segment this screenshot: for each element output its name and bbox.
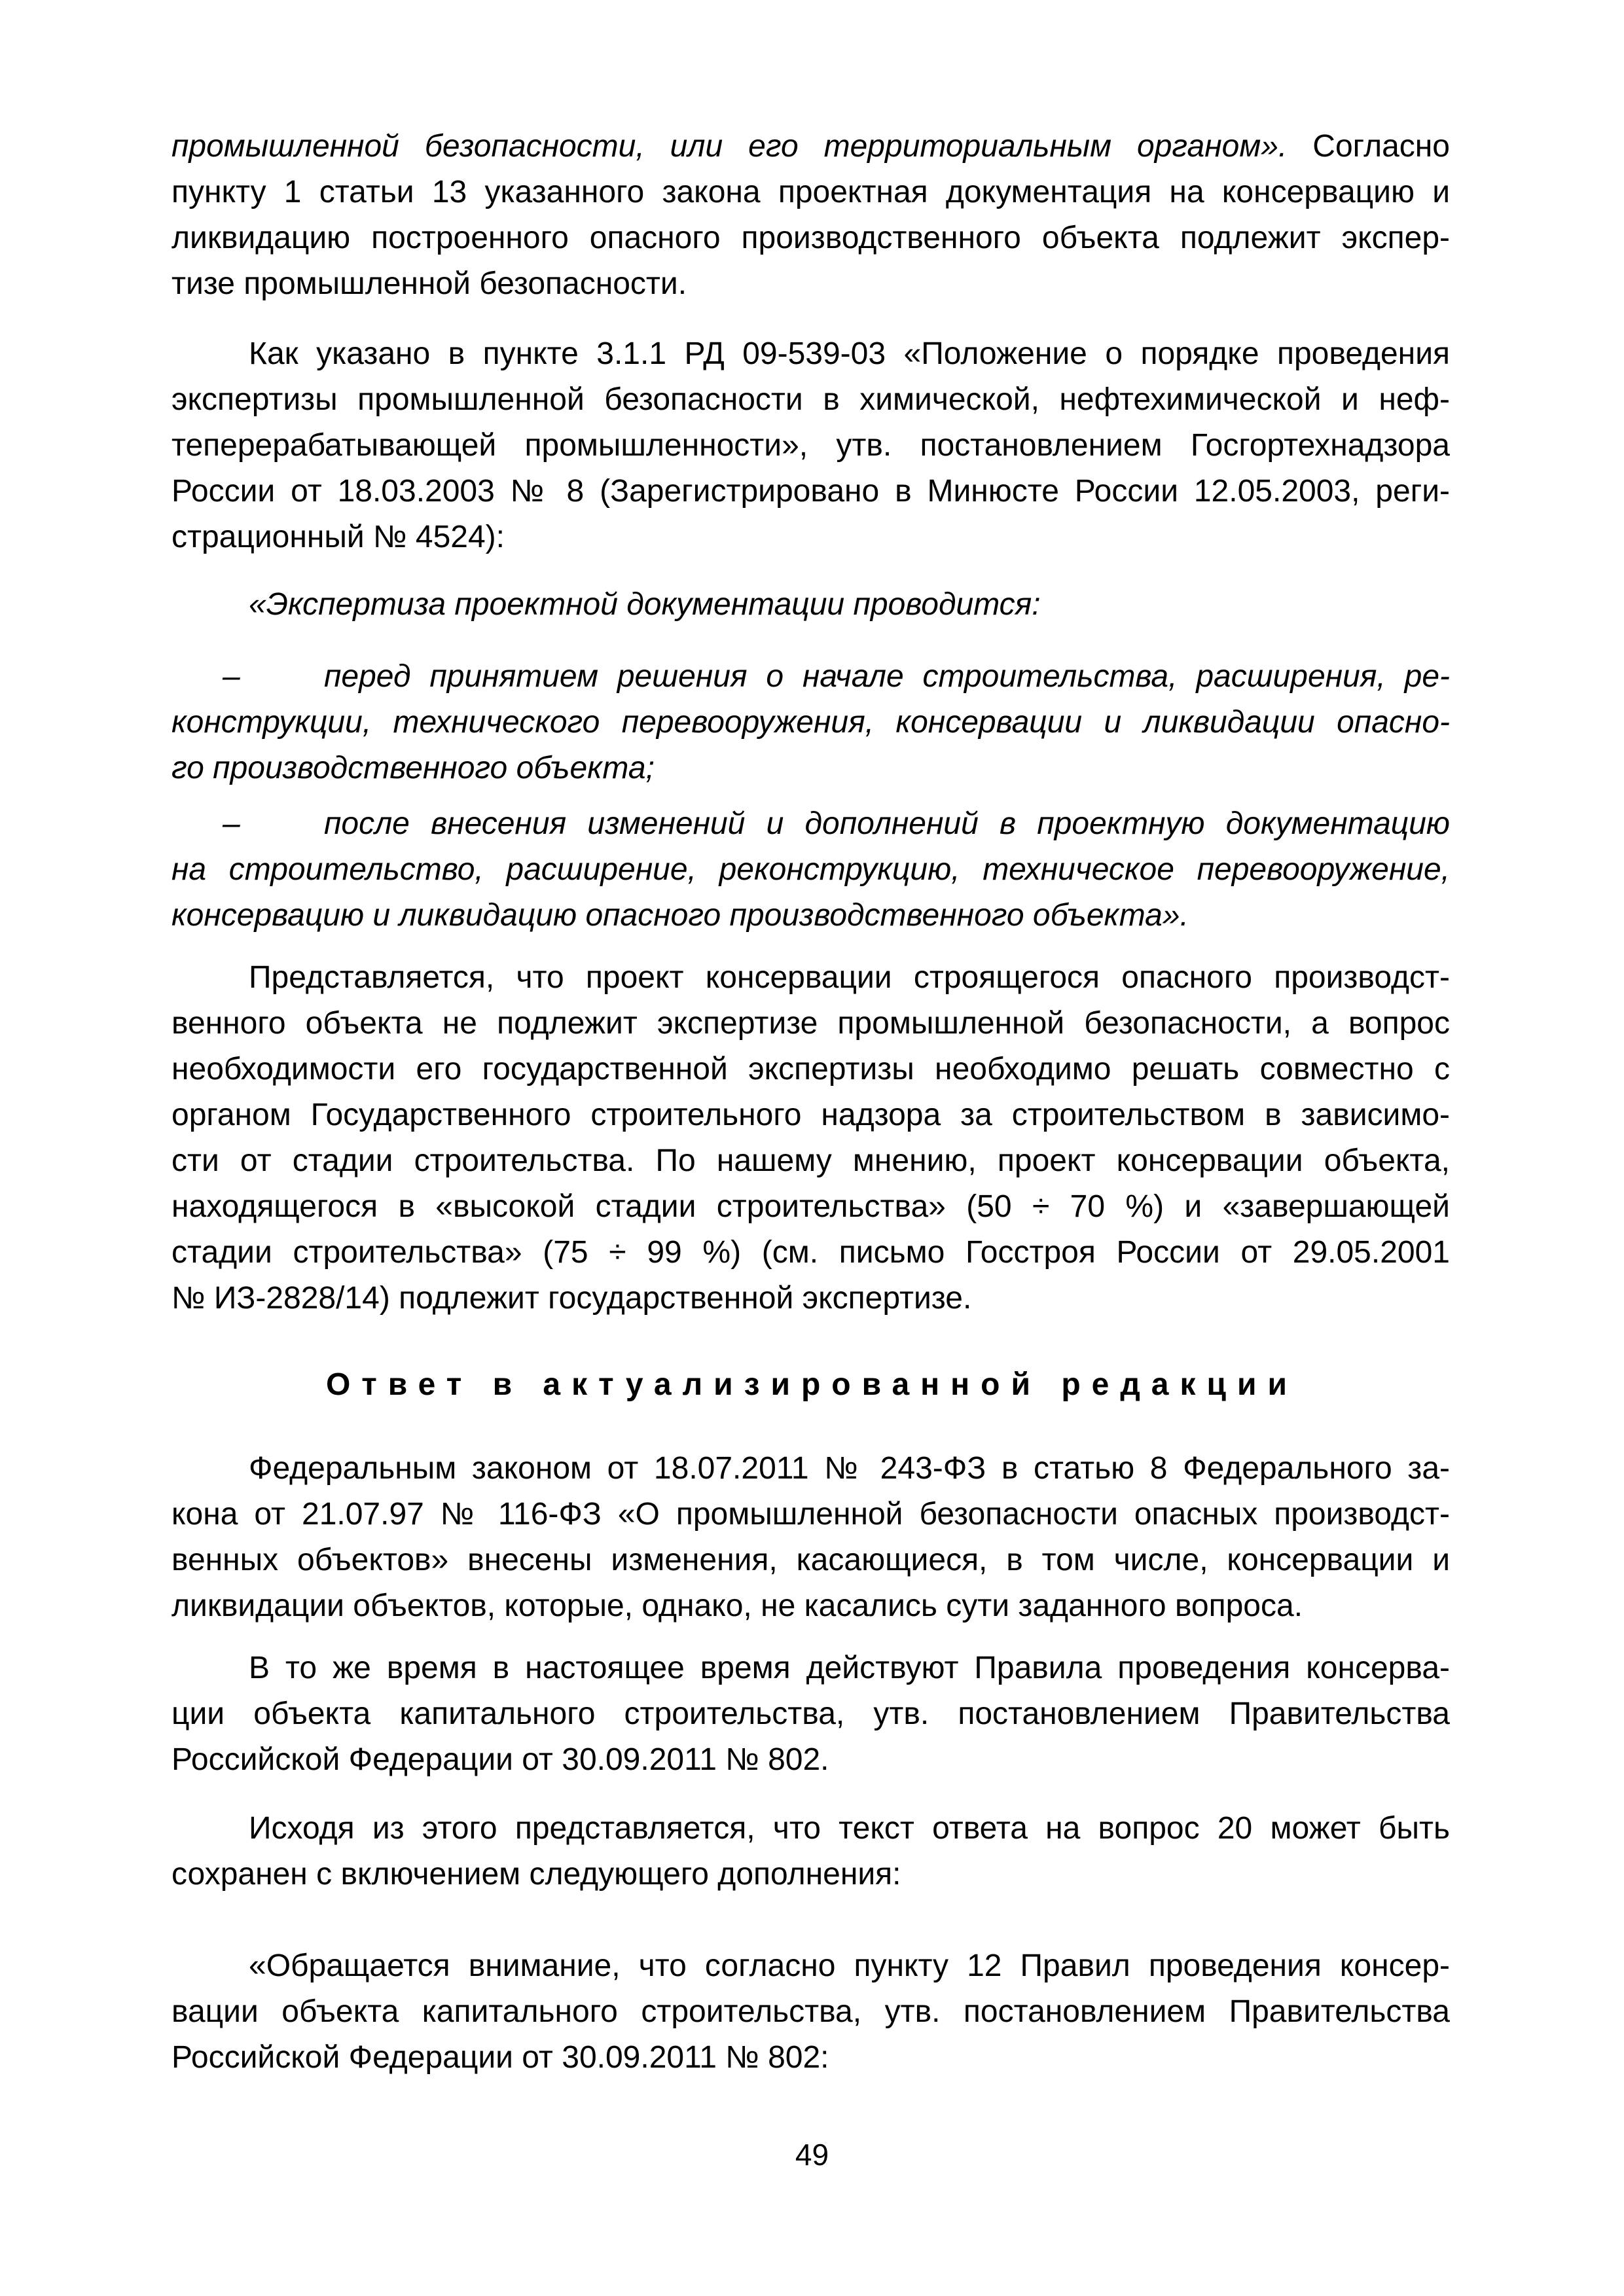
text-line: тизе промышленной безопасности. xyxy=(171,261,1450,307)
text-line: – после внесения изменений и дополнений … xyxy=(171,801,1450,847)
text-line: стадии строительства» (75 ÷ 99 %) (см. п… xyxy=(171,1230,1450,1276)
text-line: вации объекта капитального строительства… xyxy=(171,1989,1450,2035)
section-heading: Ответ в актуализированной редакции xyxy=(0,1362,1624,1408)
text-line: ликвидацию построенного опасного произво… xyxy=(171,215,1450,261)
text-line: го производственного объекта; xyxy=(171,745,1450,791)
text-line: ции объекта капитального строительства, … xyxy=(171,1691,1450,1737)
paragraph-opinion: Представляется, что проект консервации с… xyxy=(171,955,1450,1321)
text-line: России от 18.03.2003 № 8 (Зарегистрирова… xyxy=(171,469,1450,514)
paragraph-rules: В то же время в настоящее время действую… xyxy=(171,1645,1450,1783)
italic-quote-fragment: промышленной безопасности, или его терри… xyxy=(171,129,1287,164)
text-line: Российской Федерации от 30.09.2011 № 802… xyxy=(171,2035,1450,2081)
text-line: экспертизы промышленной безопасности в х… xyxy=(171,377,1450,423)
quote-bullet-item: – после внесения изменений и дополнений … xyxy=(171,801,1450,939)
text-line: Федеральным законом от 18.07.2011 № 243-… xyxy=(171,1446,1450,1492)
text-line: венного объекта не подлежит экспертизе п… xyxy=(171,1001,1450,1047)
paragraph-continuation: промышленной безопасности, или его терри… xyxy=(171,124,1450,307)
text-line: Исходя из этого представляется, что текс… xyxy=(171,1806,1450,1852)
text-line: «Обращается внимание, что согласно пункт… xyxy=(171,1943,1450,1989)
text-line: на строительство, расширение, реконструк… xyxy=(171,847,1450,893)
text-line: Как указано в пункте 3.1.1 РД 09-539-03 … xyxy=(171,331,1450,377)
quote-intro: «Экспертиза проектной документации прово… xyxy=(171,582,1450,628)
text-line: – перед принятием решения о начале строи… xyxy=(171,654,1450,700)
text-line: ликвидации объектов, которые, однако, не… xyxy=(171,1583,1450,1629)
dash-bullet-icon: – xyxy=(223,654,240,700)
dash-bullet-icon: – xyxy=(223,801,240,847)
text-line: промышленной безопасности, или его терри… xyxy=(171,124,1450,170)
text-fragment: Согласно xyxy=(1287,129,1450,164)
text-line: страционный № 4524): xyxy=(171,514,1450,560)
text-line: Представляется, что проект консервации с… xyxy=(171,955,1450,1001)
text-line: Российской Федерации от 30.09.2011 № 802… xyxy=(171,1737,1450,1783)
bullet-text: после внесения изменений и дополнений в … xyxy=(324,801,1450,847)
paragraph-federal-law: Федеральным законом от 18.07.2011 № 243-… xyxy=(171,1446,1450,1629)
text-line: теперерабатывающей промышленности», утв.… xyxy=(171,423,1450,469)
quote-bullet-item: – перед принятием решения о начале строи… xyxy=(171,654,1450,791)
text-line: пункту 1 статьи 13 указанного закона про… xyxy=(171,170,1450,215)
text-line: органом Государственного строительного н… xyxy=(171,1092,1450,1138)
text-line: находящегося в «высокой стадии строитель… xyxy=(171,1184,1450,1230)
text-line: В то же время в настоящее время действую… xyxy=(171,1645,1450,1691)
text-line: сохранен с включением следующего дополне… xyxy=(171,1852,1450,1897)
text-line: сти от стадии строительства. По нашему м… xyxy=(171,1138,1450,1184)
bullet-text: перед принятием решения о начале строите… xyxy=(324,654,1450,700)
text-line: № ИЗ-2828/14) подлежит государственной э… xyxy=(171,1276,1450,1321)
text-line: кона от 21.07.97 № 116-ФЗ «О промышленно… xyxy=(171,1492,1450,1537)
document-page: промышленной безопасности, или его терри… xyxy=(0,0,1624,2296)
page-number: 49 xyxy=(0,2135,1624,2174)
text-line: венных объектов» внесены изменения, каса… xyxy=(171,1537,1450,1583)
text-line: «Экспертиза проектной документации прово… xyxy=(171,582,1450,628)
paragraph-rd-reference: Как указано в пункте 3.1.1 РД 09-539-03 … xyxy=(171,331,1450,560)
text-line: консервацию и ликвидацию опасного произв… xyxy=(171,893,1450,939)
text-line: необходимости его государственной экспер… xyxy=(171,1047,1450,1092)
text-line: конструкции, технического перевооружения… xyxy=(171,700,1450,745)
paragraph-addition-quote: «Обращается внимание, что согласно пункт… xyxy=(171,1943,1450,2081)
paragraph-conclusion: Исходя из этого представляется, что текс… xyxy=(171,1806,1450,1897)
